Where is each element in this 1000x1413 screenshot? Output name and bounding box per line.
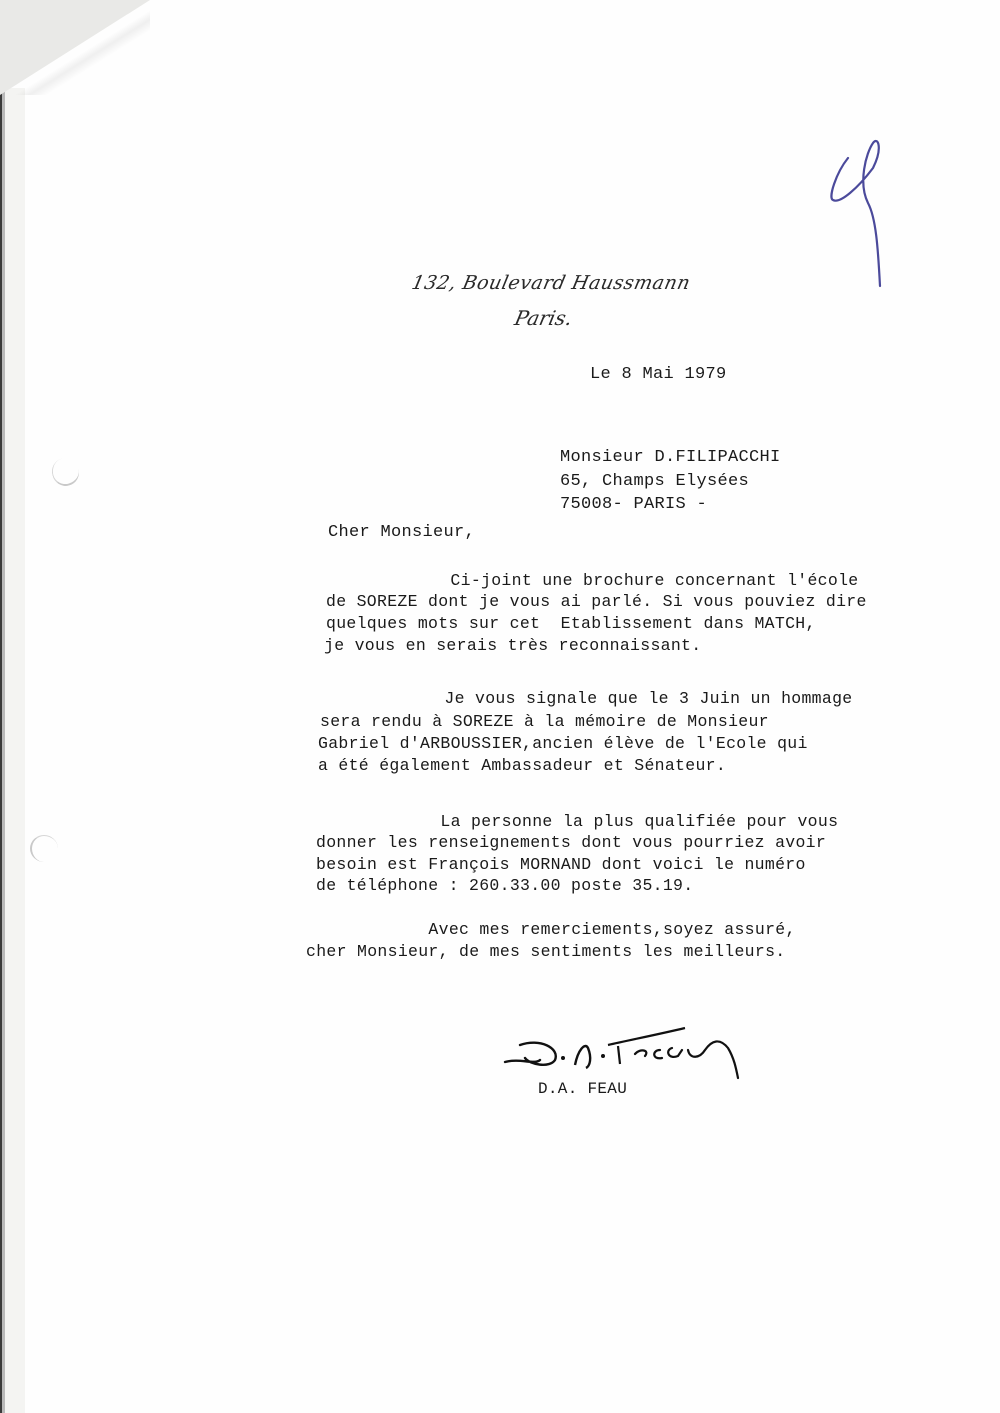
paragraph-line: sera rendu à SOREZE à la mémoire de Mons… <box>320 712 769 731</box>
paragraph-line: donner les renseignements dont vous pour… <box>316 833 826 852</box>
paragraph-line: quelques mots sur cet Etablissement dans… <box>326 614 816 633</box>
paragraph-line: a été également Ambassadeur et Sénateur. <box>318 756 726 775</box>
handwritten-mark-icon <box>828 138 908 288</box>
paragraph-line: je vous en serais très reconnaissant. <box>324 636 701 655</box>
recipient-city: 75008- PARIS - <box>560 495 707 514</box>
letterhead-city: Paris. <box>512 306 574 330</box>
punch-hole-icon <box>49 455 82 489</box>
closing-line: Avec mes remerciements,soyez assuré, <box>306 920 796 939</box>
paragraph-line: Je vous signale que le 3 Juin un hommage <box>322 689 852 708</box>
salutation: Cher Monsieur, <box>328 523 475 542</box>
paragraph-line: La personne la plus qualifiée pour vous <box>318 812 838 831</box>
page-margin-strip <box>5 88 25 1413</box>
letter-page: 132, Boulevard Haussmann Paris. Le 8 Mai… <box>0 0 1000 1413</box>
paragraph-line: de téléphone : 260.33.00 poste 35.19. <box>316 876 693 895</box>
signatory-name: D.A. FEAU <box>538 1080 627 1098</box>
fold-shadow <box>0 0 150 95</box>
paragraph-line: Ci-joint une brochure concernant l'école <box>328 571 858 590</box>
paragraph-line: besoin est François MORNAND dont voici l… <box>316 855 806 874</box>
recipient-name: Monsieur D.FILIPACCHI <box>560 448 781 467</box>
punch-hole-icon <box>30 835 58 862</box>
paragraph-line: Gabriel d'ARBOUSSIER,ancien élève de l'E… <box>318 734 808 753</box>
paragraph-line: de SOREZE dont je vous ai parlé. Si vous… <box>326 592 867 611</box>
letter-date: Le 8 Mai 1979 <box>590 365 727 384</box>
closing-line: cher Monsieur, de mes sentiments les mei… <box>306 942 785 961</box>
recipient-street: 65, Champs Elysées <box>560 472 749 491</box>
letterhead-street: 132, Boulevard Haussmann <box>410 272 693 294</box>
